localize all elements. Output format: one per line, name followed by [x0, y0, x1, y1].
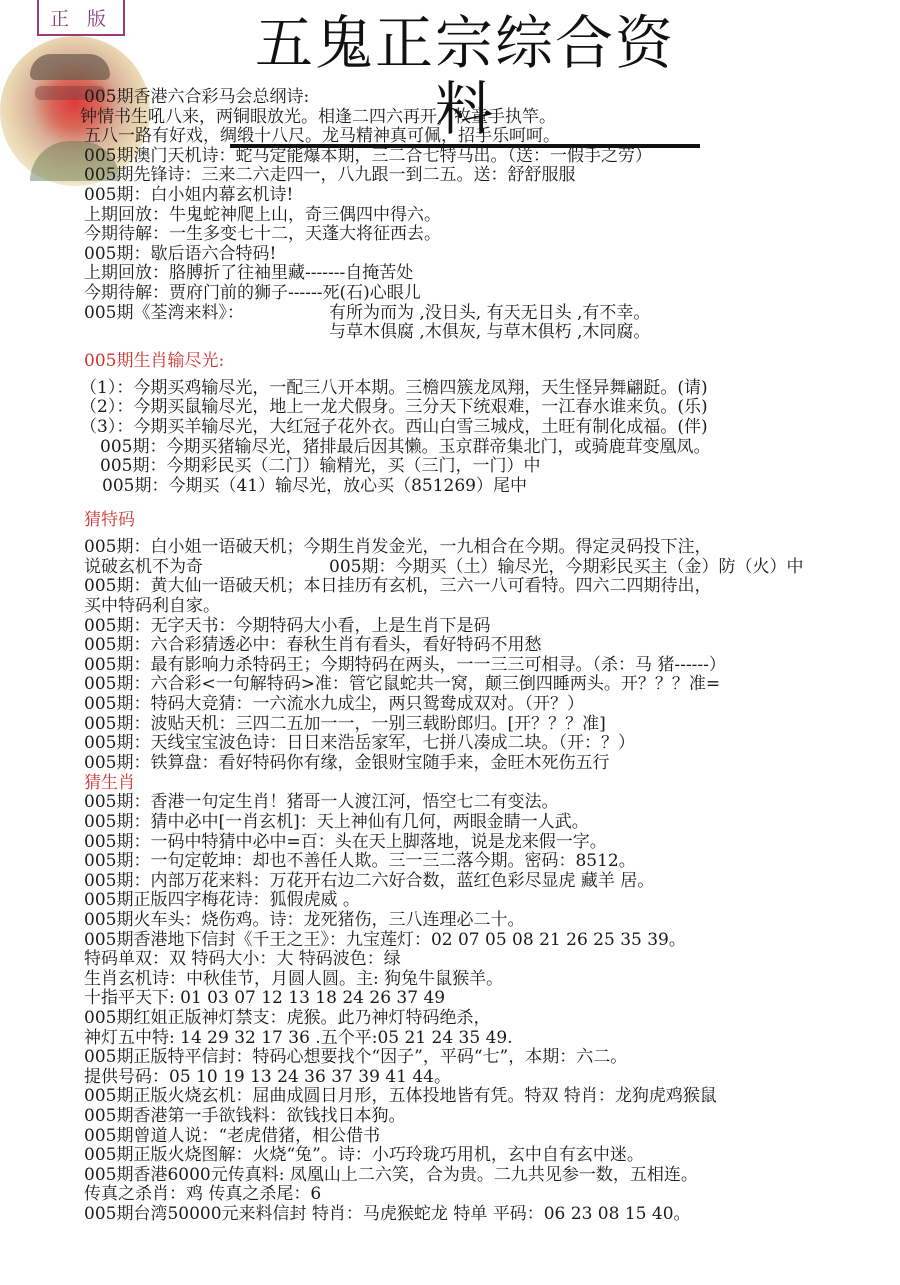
text-line: 005期澳门天机诗：蛇马定能爆本期，三二合七特马出。（送：一假手之劳） [84, 147, 900, 167]
text-line: 005期：今期彩民买（二门）输精光，买（三门，一门）中 [84, 457, 900, 477]
text-line: 005期正版火烧玄机：屈曲成圆日月形，五体投地皆有凭。特双 特肖：龙狗虎鸡猴鼠 [84, 1087, 900, 1107]
text-line: 买中特码利自家。 [84, 597, 900, 617]
text-line: 提供号码：05 10 19 13 24 36 37 39 41 44。 [84, 1068, 900, 1088]
text-line: 005期正版火烧图解：火烧“兔”。诗：小巧玲珑巧用机，玄中自有玄中迷。 [84, 1146, 900, 1166]
text-line: 生肖玄机诗：中秋佳节，月圆人圆。主: 狗兔牛鼠猴羊。 [84, 970, 900, 990]
text-line: 上期回放：胳膊折了往袖里藏-------自掩苦处 [84, 264, 900, 284]
list-item: （3）：今期买羊输尽光，大红冠子花外衣。西山白雪三城戍，土旺有制化成福。(伴) [80, 418, 900, 438]
text-line: 005期：今期买猪输尽光，猪排最后因其懒。玉京群帝集北门，或骑鹿茸变凰凤。 [84, 438, 900, 458]
quanwan-label: 005期《荃湾来料》： [84, 304, 329, 343]
text-line: 005期：白小姐一语破天机；今期生肖发金光，一九相合在今期。得定灵码投下注， [84, 538, 900, 558]
text-line: 005期香港第一手欲钱料：欲钱找日本狗。 [84, 1107, 900, 1127]
section-heading: 005期生肖输尽光: [84, 351, 900, 371]
text-line: 005期：无字天书：今期特码大小看，上是生肖下是码 [84, 617, 900, 637]
split-line: 说破玄机不为奇 005期：今期买（土）输尽光，今期彩民买主（金）防（火）中 [84, 558, 900, 578]
text-line: 005期正版四字梅花诗：狐假虎威 。 [84, 891, 900, 911]
text-line: 传真之杀肖：鸡 传真之杀尾：6 [84, 1185, 900, 1205]
text-line: 005期：铁算盘：看好特码你有缘，金银财宝随手来，金旺木死伤五行 [84, 754, 900, 774]
text-line: 005期：香港一句定生肖！猪哥一人渡江河，悟空七二有变法。 [84, 793, 900, 813]
text-line: 005期正版特平信封：特码心想要找个“因子”，平码“七”，本期：六二。 [84, 1048, 900, 1068]
text-line: 005期：白小姐内幕玄机诗! [84, 186, 900, 206]
text-line: 钟情书生吼八来，两铜眼放光。相逢二四六再开，牧童手执竿。 [80, 108, 900, 128]
text-line: 005期：特码大竞猜：一六流水九成尘，两只鸳鸯成双对。（开？） [84, 695, 900, 715]
text-line: 特码单双：双 特码大小：大 特码波色：绿 [84, 950, 900, 970]
text-line: 005期香港6000元传真料: 凤凰山上二六笑，合为贵。二九共见参一数，五相连。 [84, 1166, 900, 1186]
text-line: 005期：六合彩<一句解特码>准：管它鼠蛇共一窝，颠三倒四睡两头。开？？？准= [84, 675, 900, 695]
text-line: 今期待解：一生多变七十二，天蓬大将征西去。 [84, 225, 900, 245]
text-line: 005期曾道人说：“老虎借猪，相公借书 [84, 1127, 900, 1147]
text-line: 005期：天线宝宝波色诗：日日来浩岳家军，七拼八凑成二块。（开：？） [84, 734, 900, 754]
text-line: 005期：黄大仙一语破天机；本日挂历有玄机，三六一八可看特。四六二四期待出， [84, 577, 900, 597]
section-guess-zodiac: 猜生肖 005期：香港一句定生肖！猪哥一人渡江河，悟空七二有变法。 005期：猜… [84, 773, 900, 1224]
text-line: 005期：猜中必中[一肖玄机]：天上神仙有几何，两眼金睛一人武。 [84, 813, 900, 833]
text-line: 005期红姐正版神灯禁支：虎猴。此乃神灯特码绝杀， [84, 1009, 900, 1029]
authentic-badge: 正 版 [37, 0, 125, 36]
quanwan-block: 005期《荃湾来料》： 有所为而为 ,没日头, 有天无日头 ,有不幸。 与草木俱… [84, 304, 900, 343]
list-item: （2）：今期买鼠输尽光，地上一龙犬假身。三分天下统艰难，一江春水谁来负。(乐) [80, 398, 900, 418]
portrait-hair [30, 54, 110, 80]
text-line: 005期：最有影响力杀特码王；今期特码在两头，一一三三可相寻。（杀：马 猪---… [84, 656, 900, 676]
text-line: 005期台湾50000元来料信封 特肖：马虎猴蛇龙 特单 平码：06 23 08… [84, 1205, 900, 1225]
text-line: 005期：今期买（41）输尽光，放心买（851269）尾中 [84, 477, 900, 497]
text-line: 005期香港六合彩马会总纲诗: [84, 88, 900, 108]
text-line: 005期：一码中特猜中必中=百：头在天上脚落地，说是龙来假一字。 [84, 833, 900, 853]
section-zodiac-lose: 005期生肖输尽光: （1）：今期买鸡输尽光，一配三八开本期。三檐四簇龙凤翔，天… [84, 351, 900, 497]
text-line: 005期：歇后语六合特码! [84, 245, 900, 265]
text-line: 005期：一句定乾坤：却也不善任人欺。三一三二落今期。密码：8512。 [84, 852, 900, 872]
text-line: 今期待解：贾府门前的狮子------死(石)心眼儿 [84, 284, 900, 304]
text-line: 上期回放：牛鬼蛇神爬上山，奇三偶四中得六。 [84, 206, 900, 226]
text-line: 与草木俱腐 ,木俱灰, 与草木俱朽 ,木同腐。 [329, 323, 650, 343]
document-body: 005期香港六合彩马会总纲诗: 钟情书生吼八来，两铜眼放光。相逢二四六再开，牧童… [84, 88, 900, 1224]
text-line: 005期：六合彩猜透必中：春秋生肖有看头，看好特码不用愁 [84, 636, 900, 656]
text-left: 说破玄机不为奇 [84, 558, 329, 578]
list-item: （1）：今期买鸡输尽光，一配三八开本期。三檐四簇龙凤翔，天生怪异舞翩跹。(请) [80, 379, 900, 399]
text-line: 五八一路有好戏，绸缎十八尺。龙马精神真可佩，招手乐呵呵。 [84, 127, 900, 147]
text-line: 十指平天下: 01 03 07 12 13 18 24 26 37 49 [84, 989, 900, 1009]
text-line: 神灯五中特: 14 29 32 17 36 .五个平:05 21 24 35 4… [84, 1029, 900, 1049]
section-guess-special-number: 猜特码 005期：白小姐一语破天机；今期生肖发金光，一九相合在今期。得定灵码投下… [84, 510, 900, 773]
section-heading: 猜特码 [84, 510, 900, 530]
text-line: 005期香港地下信封《千王之王》：九宝莲灯：02 07 05 08 21 26 … [84, 931, 900, 951]
quanwan-lines: 有所为而为 ,没日头, 有天无日头 ,有不幸。 与草木俱腐 ,木俱灰, 与草木俱… [329, 304, 650, 343]
section-heading: 猜生肖 [84, 773, 900, 793]
text-line: 005期：波贴天机：三四二五加一一，一别三载盼郎归。[开？？？准] [84, 715, 900, 735]
text-line: 005期：内部万花来料：万花开右边二六好合数，蓝红色彩尽显虎 藏羊 居。 [84, 872, 900, 892]
text-line: 有所为而为 ,没日头, 有天无日头 ,有不幸。 [329, 304, 650, 324]
text-right: 005期：今期买（土）输尽光，今期彩民买主（金）防（火）中 [329, 558, 803, 578]
section-poems: 005期香港六合彩马会总纲诗: 钟情书生吼八来，两铜眼放光。相逢二四六再开，牧童… [84, 88, 900, 343]
text-line: 005期火车头：烧伤鸡。诗：龙死猪伤，三八连理必二十。 [84, 911, 900, 931]
text-line: 005期先锋诗：三来二六走四一，八九跟一到二五。送：舒舒服服 [84, 166, 900, 186]
